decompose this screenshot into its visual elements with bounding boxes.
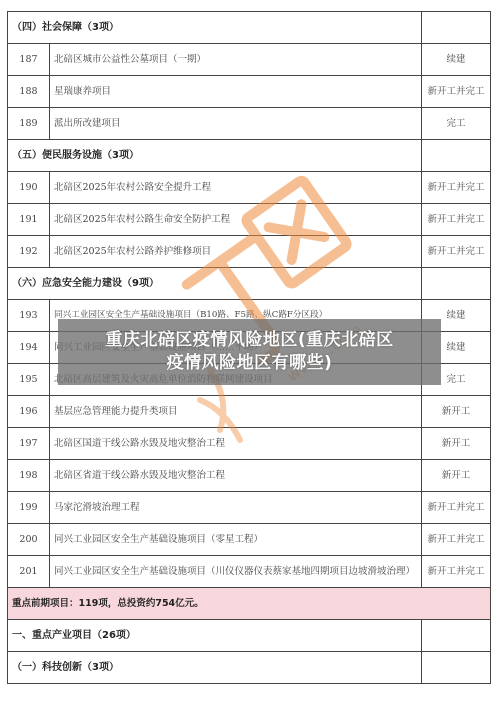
headline-line-1: 重庆北碚区疫情风险地区(重庆北碚区 <box>105 329 393 352</box>
summary-highlight-row: 重点前期项目：119项，总投资约754亿元。 <box>8 588 491 620</box>
project-name: 北碚区2025年农村公路安全提升工程 <box>50 172 422 204</box>
section-header-row: 一、重点产业项目（26项） <box>8 620 491 652</box>
section-header-row: （五）便民服务设施（3项） <box>8 140 491 172</box>
project-status: 新开工 <box>422 428 491 460</box>
row-number: 200 <box>8 524 50 556</box>
headline-overlay-banner: 重庆北碚区疫情风险地区(重庆北碚区 疫情风险地区有哪些) <box>58 319 441 385</box>
project-name: 马家沱滑坡治理工程 <box>50 492 422 524</box>
table-row: 200 同兴工业园区安全生产基础设施项目（零星工程） 新开工并完工 <box>8 524 491 556</box>
table-row: 196 基层应急管理能力提升类项目 新开工 <box>8 396 491 428</box>
row-number: 194 <box>8 332 50 364</box>
project-status: 新开工 <box>422 396 491 428</box>
project-status: 新开工并完工 <box>422 172 491 204</box>
project-name: 北碚区国道干线公路水毁及地灾整治工程 <box>50 428 422 460</box>
project-status: 新开工并完工 <box>422 492 491 524</box>
table-row: 188 星瑞康养项目 新开工并完工 <box>8 76 491 108</box>
section-header-row: （四）社会保障（3项） <box>8 12 491 44</box>
table-row: 199 马家沱滑坡治理工程 新开工并完工 <box>8 492 491 524</box>
table-row: 187 北碚区城市公益性公墓项目（一期） 续建 <box>8 44 491 76</box>
project-name: 北碚区城市公益性公墓项目（一期） <box>50 44 422 76</box>
table-row: 190 北碚区2025年农村公路安全提升工程 新开工并完工 <box>8 172 491 204</box>
table-row: 192 北碚区2025年农村公路养护维修项目 新开工并完工 <box>8 236 491 268</box>
row-number: 191 <box>8 204 50 236</box>
project-name: 北碚区2025年农村公路生命安全防护工程 <box>50 204 422 236</box>
row-number: 187 <box>8 44 50 76</box>
row-number: 201 <box>8 556 50 588</box>
project-name: 北碚区省道干线公路水毁及地灾整治工程 <box>50 460 422 492</box>
section-header-row: （一）科技创新（3项） <box>8 652 491 684</box>
headline-line-2: 疫情风险地区有哪些) <box>167 352 333 375</box>
section-title: （四）社会保障（3项） <box>8 12 422 44</box>
row-number: 193 <box>8 300 50 332</box>
section-title: （五）便民服务设施（3项） <box>8 140 422 172</box>
section-header-row: （六）应急安全能力建设（9项） <box>8 268 491 300</box>
section-title: 一、重点产业项目（26项） <box>8 620 422 652</box>
row-number: 199 <box>8 492 50 524</box>
row-number: 192 <box>8 236 50 268</box>
row-number: 189 <box>8 108 50 140</box>
project-name: 派出所改建项目 <box>50 108 422 140</box>
row-number: 190 <box>8 172 50 204</box>
project-status: 新开工并完工 <box>422 76 491 108</box>
row-number: 197 <box>8 428 50 460</box>
table-row: 189 派出所改建项目 完工 <box>8 108 491 140</box>
project-status: 完工 <box>422 108 491 140</box>
project-status: 新开工 <box>422 460 491 492</box>
project-name: 北碚区2025年农村公路养护维修项目 <box>50 236 422 268</box>
project-name: 基层应急管理能力提升类项目 <box>50 396 422 428</box>
project-name: 星瑞康养项目 <box>50 76 422 108</box>
project-name: 同兴工业园区安全生产基础设施项目（川仪仪器仪表蔡家基地四期项目边坡滑坡治理） <box>50 556 422 588</box>
table-row: 197 北碚区国道干线公路水毁及地灾整治工程 新开工 <box>8 428 491 460</box>
project-status: 新开工并完工 <box>422 556 491 588</box>
section-title: （一）科技创新（3项） <box>8 652 422 684</box>
project-status: 新开工并完工 <box>422 524 491 556</box>
table-row: 191 北碚区2025年农村公路生命安全防护工程 新开工并完工 <box>8 204 491 236</box>
section-title: （六）应急安全能力建设（9项） <box>8 268 422 300</box>
project-status: 新开工并完工 <box>422 204 491 236</box>
table-row: 198 北碚区省道干线公路水毁及地灾整治工程 新开工 <box>8 460 491 492</box>
row-number: 195 <box>8 364 50 396</box>
row-number: 188 <box>8 76 50 108</box>
table-row: 201 同兴工业园区安全生产基础设施项目（川仪仪器仪表蔡家基地四期项目边坡滑坡治… <box>8 556 491 588</box>
project-status: 新开工并完工 <box>422 236 491 268</box>
row-number: 198 <box>8 460 50 492</box>
project-name: 同兴工业园区安全生产基础设施项目（零星工程） <box>50 524 422 556</box>
row-number: 196 <box>8 396 50 428</box>
summary-text: 重点前期项目：119项，总投资约754亿元。 <box>8 588 491 620</box>
project-status: 续建 <box>422 44 491 76</box>
